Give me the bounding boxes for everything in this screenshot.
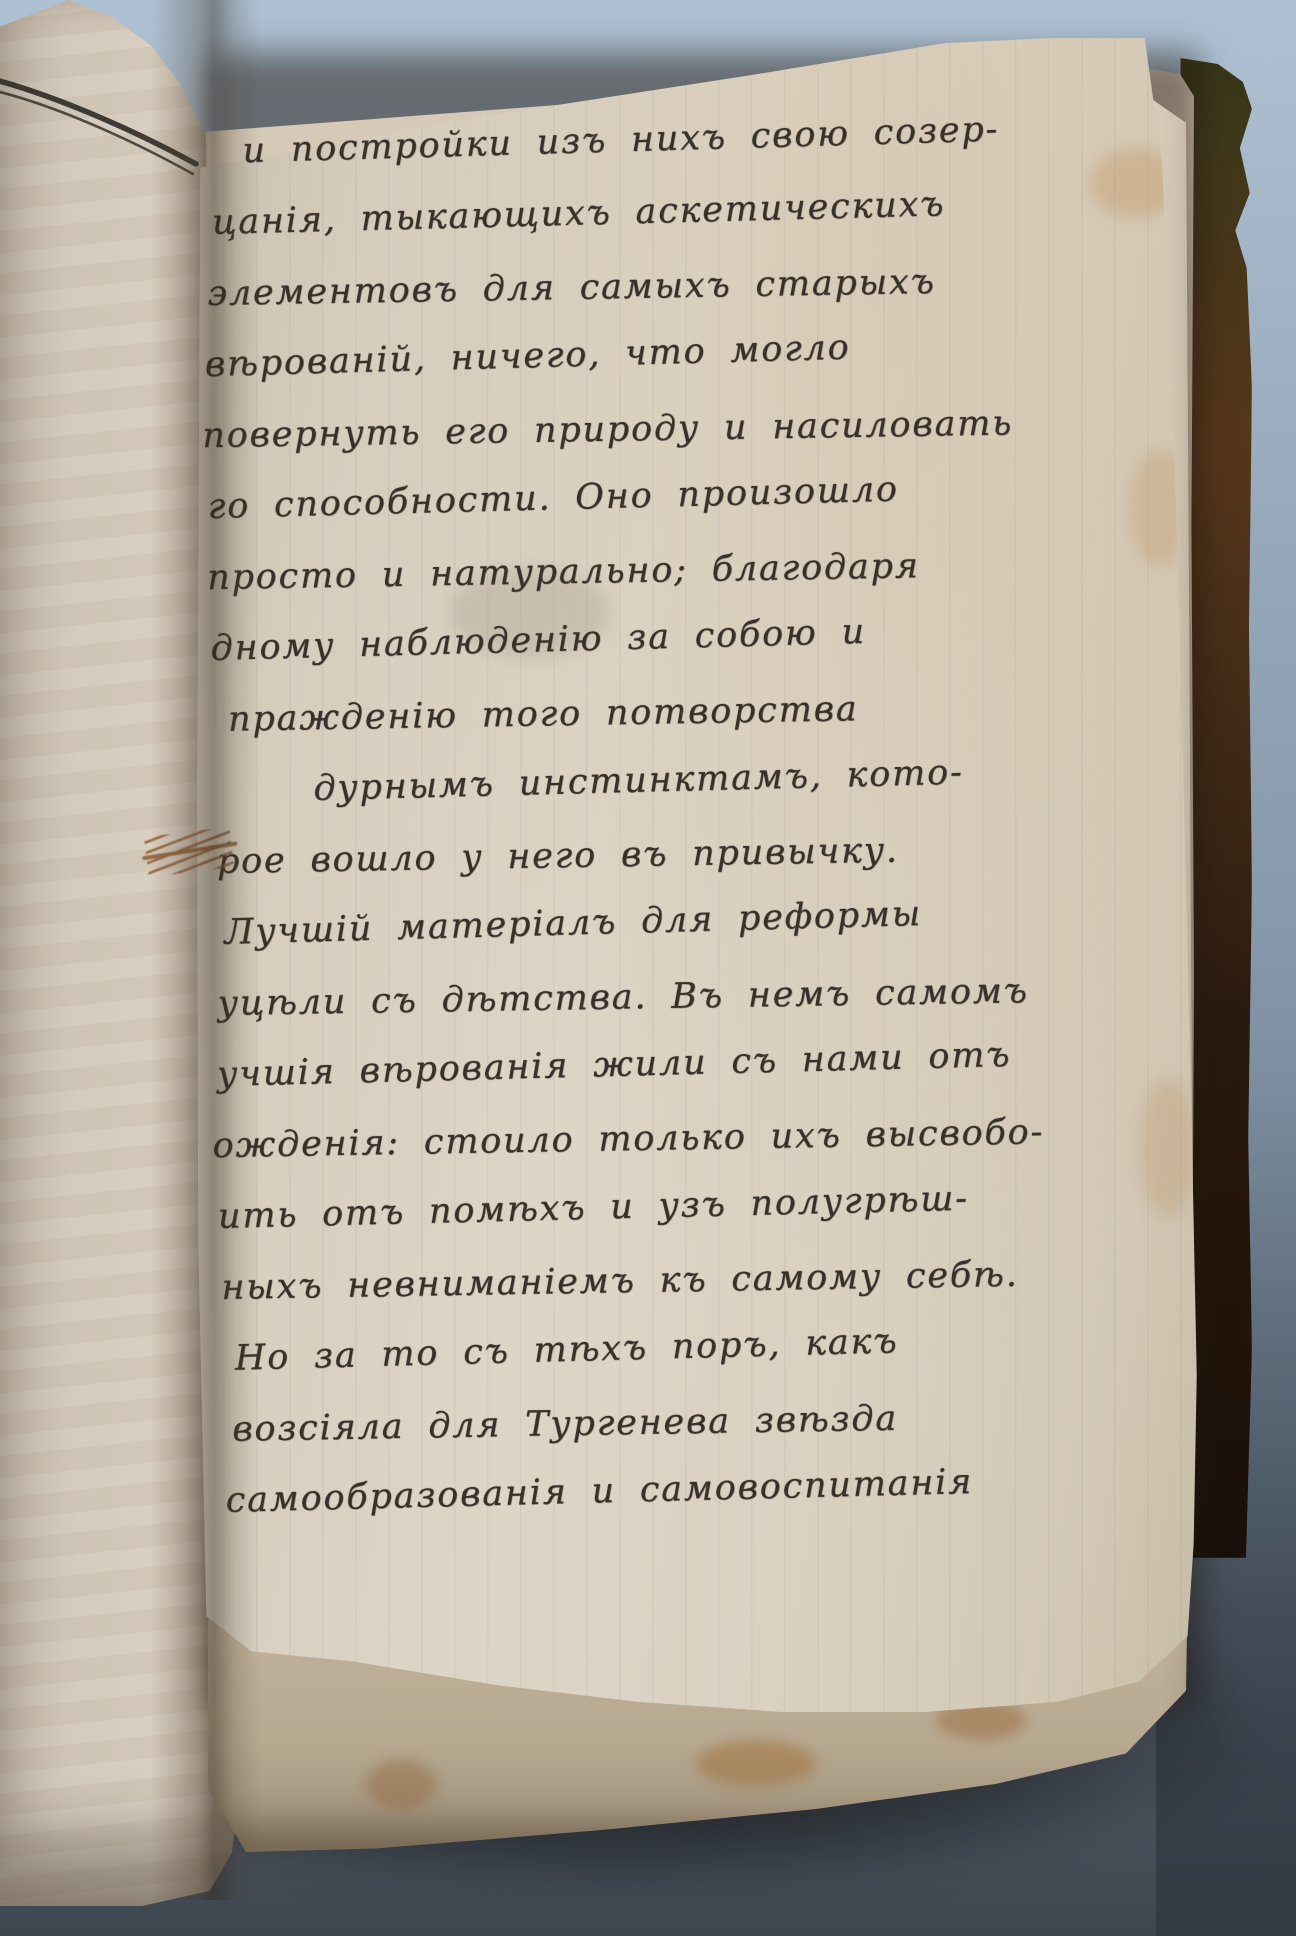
foxing-stain: [366, 1760, 436, 1810]
manuscript-photo: и постройки изъ нихъ свою созер- цанія, …: [0, 0, 1296, 1936]
ink-flourish-arc: [0, 58, 210, 188]
foxing-stain: [696, 1740, 816, 1786]
manuscript-text: и постройки изъ нихъ свою созер- цанія, …: [208, 101, 1196, 1540]
